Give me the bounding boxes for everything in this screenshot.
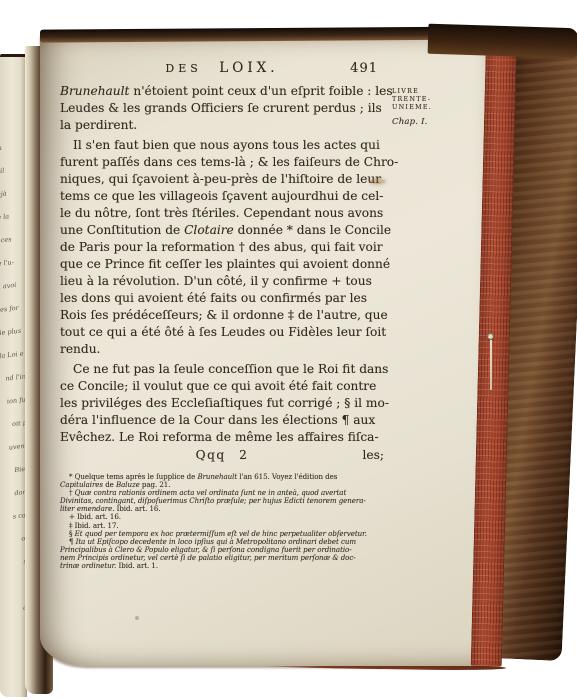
body-line: ce Concile; il voulut que ce qui avoit é… [60,378,384,395]
signature-row: Qqq 2 les; [60,448,384,465]
margin-note-line: UNIEME. [392,104,456,112]
body-line: déra l'influence de la Cour dans les éle… [60,412,384,429]
paragraph: Brunehault n'étoient point ceux d'un eſp… [60,83,384,134]
body-line: lieu à la révolution. D'un côté, il y co… [60,273,384,290]
body-line: de Paris pour la reformation † des abus,… [60,239,384,256]
body-line: les priviléges des Eccleſiaſtiques fut c… [60,395,384,412]
body-text: Brunehault n'étoient point ceux d'un eſp… [60,83,384,465]
foxing-stain [308,371,313,374]
body-line: Ce ne fut pas la ſeule conceſſion que le… [60,361,384,378]
catchword: les; [363,448,384,462]
page-header: DES LOIX. 491 [60,60,384,78]
body-line: Brunehault n'étoient point ceux d'un eſp… [60,83,384,100]
body-line: Il s'en faut bien que nous ayons tous le… [60,137,384,154]
paragraph: Il s'en faut bien que nous ayons tous le… [60,137,384,358]
body-line: niques, qui ſçavoient à-peu-près de l'hi… [60,171,384,188]
body-line: tout ce qui a été ôté à ſes Leudes ou Fi… [60,324,384,341]
body-line: Rois ſes prédéceſſeurs; & il ordonne ‡ d… [60,307,384,324]
margin-note-line: TRENTE- [392,96,456,104]
body-line: la perdirent. [60,117,384,134]
pin-head [487,333,494,340]
paragraph: Ce ne fut pas la ſeule conceſſion que le… [60,361,384,446]
running-title-loix: LOIX. [219,60,278,76]
body-line: Evêchez. Le Roi reforma de même les affa… [60,429,384,446]
facing-text-fragment: la Loi e [0,343,25,369]
margin-note-chapter: Chap. I. [392,117,456,127]
footnote-line: trinæ ordinetur. Ibid. art. 1. [60,562,388,570]
body-line: le du nôtre, ſont très ſtériles. Cependa… [60,205,384,222]
running-title: DES LOIX. [60,60,384,76]
facing-page-edge: crivoueux,ion ouogue, ils déjàdère ladu … [0,54,27,697]
foxing-stain [135,616,139,620]
body-line: furent paſſés dans ces tems-là ; & les f… [60,154,384,171]
page-number: 491 [350,61,378,76]
body-paragraphs: Brunehault n'étoient point ceux d'un eſp… [60,83,384,446]
body-line: une Conſtitution de Clotaire donnée * da… [60,222,384,239]
leather-top-corner [428,24,577,59]
body-line: tems ce que les villageois ſçavent aujou… [60,188,384,205]
signature-mark: Qqq 2 [60,448,384,462]
margin-note-lines: LIVRETRENTE-UNIEME. [392,88,456,112]
facing-text-fragment: nd l'in [0,365,27,391]
book-page: DES LOIX. 491 LIVRETRENTE-UNIEME. Chap. … [40,33,492,666]
margin-note: LIVRETRENTE-UNIEME. Chap. I. [392,88,456,127]
margin-note-line: LIVRE [392,88,456,96]
body-line: rendu. [60,341,384,358]
pin-stem [490,340,492,390]
footnotes: * Quelque tems après le ſupplice de Brun… [60,473,388,570]
book-photo: crivoueux,ion ouogue, ils déjàdère ladu … [0,0,577,700]
foxing-stain [370,179,385,184]
running-title-des: DES [165,62,201,75]
facing-text-fragment: fie plus [0,320,22,346]
body-line: que ce Prince fit ceſſer les plaintes qu… [60,256,384,273]
body-line: Leudes & les grands Officiers ſe crurent… [60,100,384,117]
body-line: les dons qui avoient été faits ou confir… [60,290,384,307]
